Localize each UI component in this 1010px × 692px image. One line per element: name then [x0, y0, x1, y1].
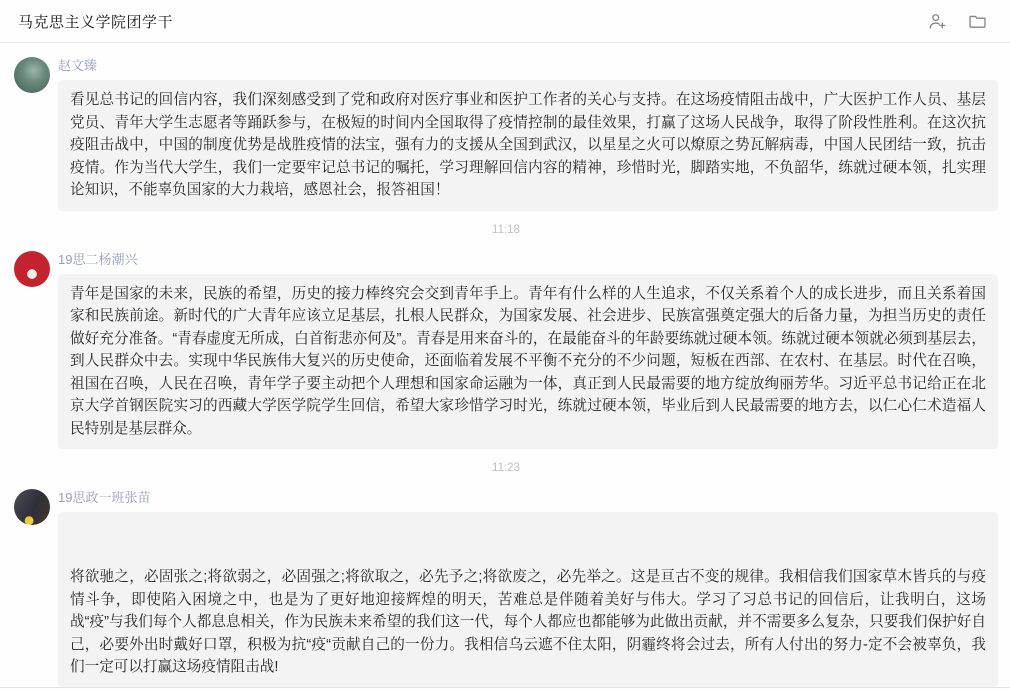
add-member-icon[interactable]	[926, 10, 948, 32]
chat-header: 马克思主义学院团学干	[0, 0, 1010, 43]
avatar[interactable]	[14, 251, 50, 287]
sender-name[interactable]: 19思政一班张苗	[58, 487, 998, 507]
message-list: 赵文臻 看见总书记的回信内容，我们深刻感受到了党和政府对医疗事业和医护工作者的关…	[0, 43, 1010, 688]
timestamp: 11:23	[14, 461, 998, 475]
message-bubble[interactable]: 将欲驰之，必固张之;将欲弱之，必固强之;将欲取之，必先予之;将欲废之，必先举之。…	[58, 512, 998, 688]
header-actions	[926, 10, 988, 32]
timestamp: 11:18	[14, 223, 998, 237]
avatar[interactable]	[14, 57, 50, 93]
sender-name[interactable]: 赵文臻	[58, 55, 998, 75]
message-row: 赵文臻 看见总书记的回信内容，我们深刻感受到了党和政府对医疗事业和医护工作者的关…	[14, 55, 998, 211]
message-row: 19思政一班张苗 将欲驰之，必固张之;将欲弱之，必固强之;将欲取之，必先予之;将…	[14, 487, 998, 688]
avatar[interactable]	[14, 489, 50, 525]
folder-icon[interactable]	[966, 10, 988, 32]
message-bubble[interactable]: 看见总书记的回信内容，我们深刻感受到了党和政府对医疗事业和医护工作者的关心与支持…	[58, 80, 998, 211]
message-bubble[interactable]: 青年是国家的未来，民族的希望，历史的接力棒终究会交到青年手上。青年有什么样的人生…	[58, 274, 998, 450]
sender-name[interactable]: 19思二杨潮兴	[58, 249, 998, 269]
input-area-divider	[0, 687, 1010, 688]
chat-title: 马克思主义学院团学干	[18, 11, 173, 32]
message-row: 19思二杨潮兴 青年是国家的未来，民族的希望，历史的接力棒终究会交到青年手上。青…	[14, 249, 998, 450]
